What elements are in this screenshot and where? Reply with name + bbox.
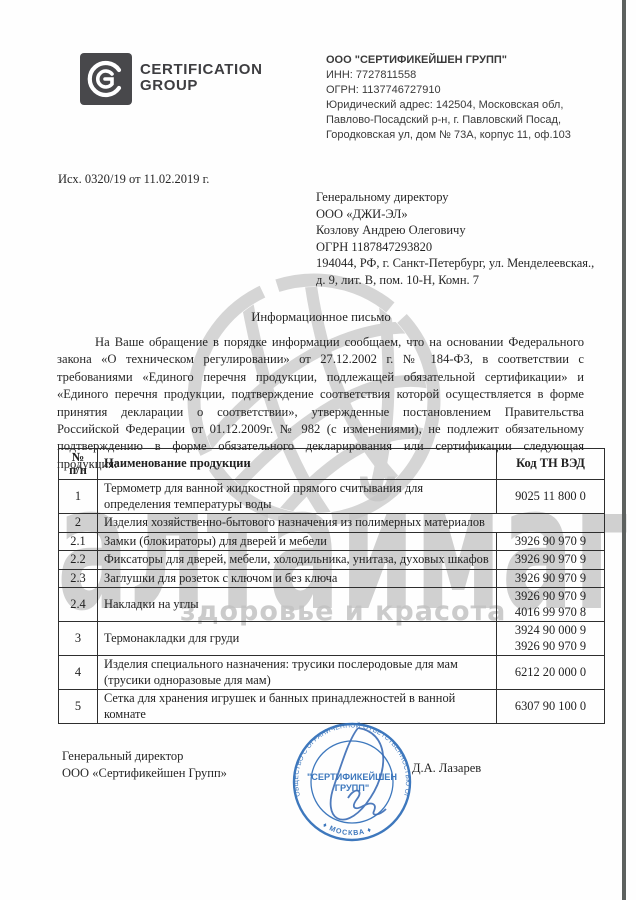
company-name: ООО "СЕРТИФИКЕЙШЕН ГРУПП" (326, 53, 601, 68)
company-address-line: Городковская ул, дом № 73А, корпус 11, о… (326, 128, 601, 143)
signatory-role-line: ООО «Сертификейшен Групп» (62, 765, 227, 782)
product-name: Сетка для хранения игрушек и банных прин… (98, 690, 497, 724)
row-number: 2.3 (59, 569, 98, 588)
addressee-line: 194044, РФ, г. Санкт-Петербург, ул. Менд… (316, 255, 594, 272)
product-name: Изделия хозяйственно-бытового назначения… (98, 514, 605, 533)
company-requisites: ООО "СЕРТИФИКЕЙШЕН ГРУПП" ИНН: 772781155… (326, 53, 601, 143)
table-row: 4Изделия специального назначения: трусик… (59, 656, 605, 690)
tnved-code: 3926 90 970 9 (497, 551, 605, 570)
tnved-code: 3926 90 970 94016 99 970 8 (497, 588, 605, 622)
table-row: 2.3Заглушки для розеток с ключом и без к… (59, 569, 605, 588)
tnved-code: 9025 11 800 0 (497, 480, 605, 514)
product-name: Термометр для ванной жидкостной прямого … (98, 480, 497, 514)
table-row: 3Термонакладки для груди3924 90 000 9392… (59, 622, 605, 656)
tnved-code: 6212 20 000 0 (497, 656, 605, 690)
tnved-code: 6307 90 100 0 (497, 690, 605, 724)
cg-logo-icon (80, 53, 132, 105)
col-header-code: Код ТН ВЭД (497, 449, 605, 480)
col-header-name: Наименование продукции (98, 449, 497, 480)
tnved-code: 3926 90 970 9 (497, 532, 605, 551)
row-number: 2.4 (59, 588, 98, 622)
product-name: Накладки на углы (98, 588, 497, 622)
table-row: 1Термометр для ванной жидкостной прямого… (59, 480, 605, 514)
product-table: № п/п Наименование продукции Код ТН ВЭД … (58, 448, 605, 724)
letter-title: Информационное письмо (58, 310, 584, 325)
company-address-line: Юридический адрес: 142504, Московская об… (326, 98, 601, 113)
signatory-name: Д.А. Лазарев (412, 761, 481, 776)
logo-line1: CERTIFICATION (140, 62, 263, 78)
addressee-block: Генеральному директору ООО «ДЖИ-ЭЛ» Козл… (316, 189, 594, 288)
row-number: 1 (59, 480, 98, 514)
addressee-line: Козлову Андрею Олеговичу (316, 222, 594, 239)
row-number: 5 (59, 690, 98, 724)
table-row: 2.1Замки (блокираторы) для дверей и мебе… (59, 532, 605, 551)
signatory-role: Генеральный директор ООО «Сертификейшен … (62, 748, 227, 781)
product-name: Изделия специального назначения: трусики… (98, 656, 497, 690)
table-row: 2.2Фиксаторы для дверей, мебели, холодил… (59, 551, 605, 570)
company-inn: ИНН: 7727811558 (326, 68, 601, 83)
logo-line2: GROUP (140, 78, 263, 94)
tnved-code: 3924 90 000 93926 90 970 9 (497, 622, 605, 656)
signatory-role-line: Генеральный директор (62, 748, 227, 765)
logo-wordmark: CERTIFICATION GROUP (140, 62, 263, 94)
addressee-line: Генеральному директору (316, 189, 594, 206)
addressee-line: ООО «ДЖИ-ЭЛ» (316, 206, 594, 223)
table-row: 5Сетка для хранения игрушек и банных при… (59, 690, 605, 724)
row-number: 2.1 (59, 532, 98, 551)
company-address-line: Павлово-Посадский р-н, г. Павловский Пос… (326, 113, 601, 128)
product-name: Заглушки для розеток с ключом и без ключ… (98, 569, 497, 588)
table-header-row: № п/п Наименование продукции Код ТН ВЭД (59, 449, 605, 480)
product-name: Фиксаторы для дверей, мебели, холодильни… (98, 551, 497, 570)
scan-edge-artifact (622, 0, 626, 900)
row-number: 4 (59, 656, 98, 690)
product-name: Термонакладки для груди (98, 622, 497, 656)
scanned-letter-page: алтаймаг здоровье и красота CERTIFICATIO… (0, 0, 636, 900)
company-ogrn: ОГРН: 1137746727910 (326, 83, 601, 98)
row-number: 2.2 (59, 551, 98, 570)
table-row: 2.4Накладки на углы3926 90 970 94016 99 … (59, 588, 605, 622)
addressee-line: д. 9, лит. В, пом. 10-Н, Комн. 7 (316, 272, 594, 289)
outgoing-ref-line: Исх. 0320/19 от 11.02.2019 г. (58, 172, 209, 187)
addressee-line: ОГРН 1187847293820 (316, 239, 594, 256)
col-header-num: № п/п (59, 449, 98, 480)
row-number: 2 (59, 514, 98, 533)
tnved-code: 3926 90 970 9 (497, 569, 605, 588)
product-name: Замки (блокираторы) для дверей и мебели (98, 532, 497, 551)
row-number: 3 (59, 622, 98, 656)
table-row: 2Изделия хозяйственно-бытового назначени… (59, 514, 605, 533)
